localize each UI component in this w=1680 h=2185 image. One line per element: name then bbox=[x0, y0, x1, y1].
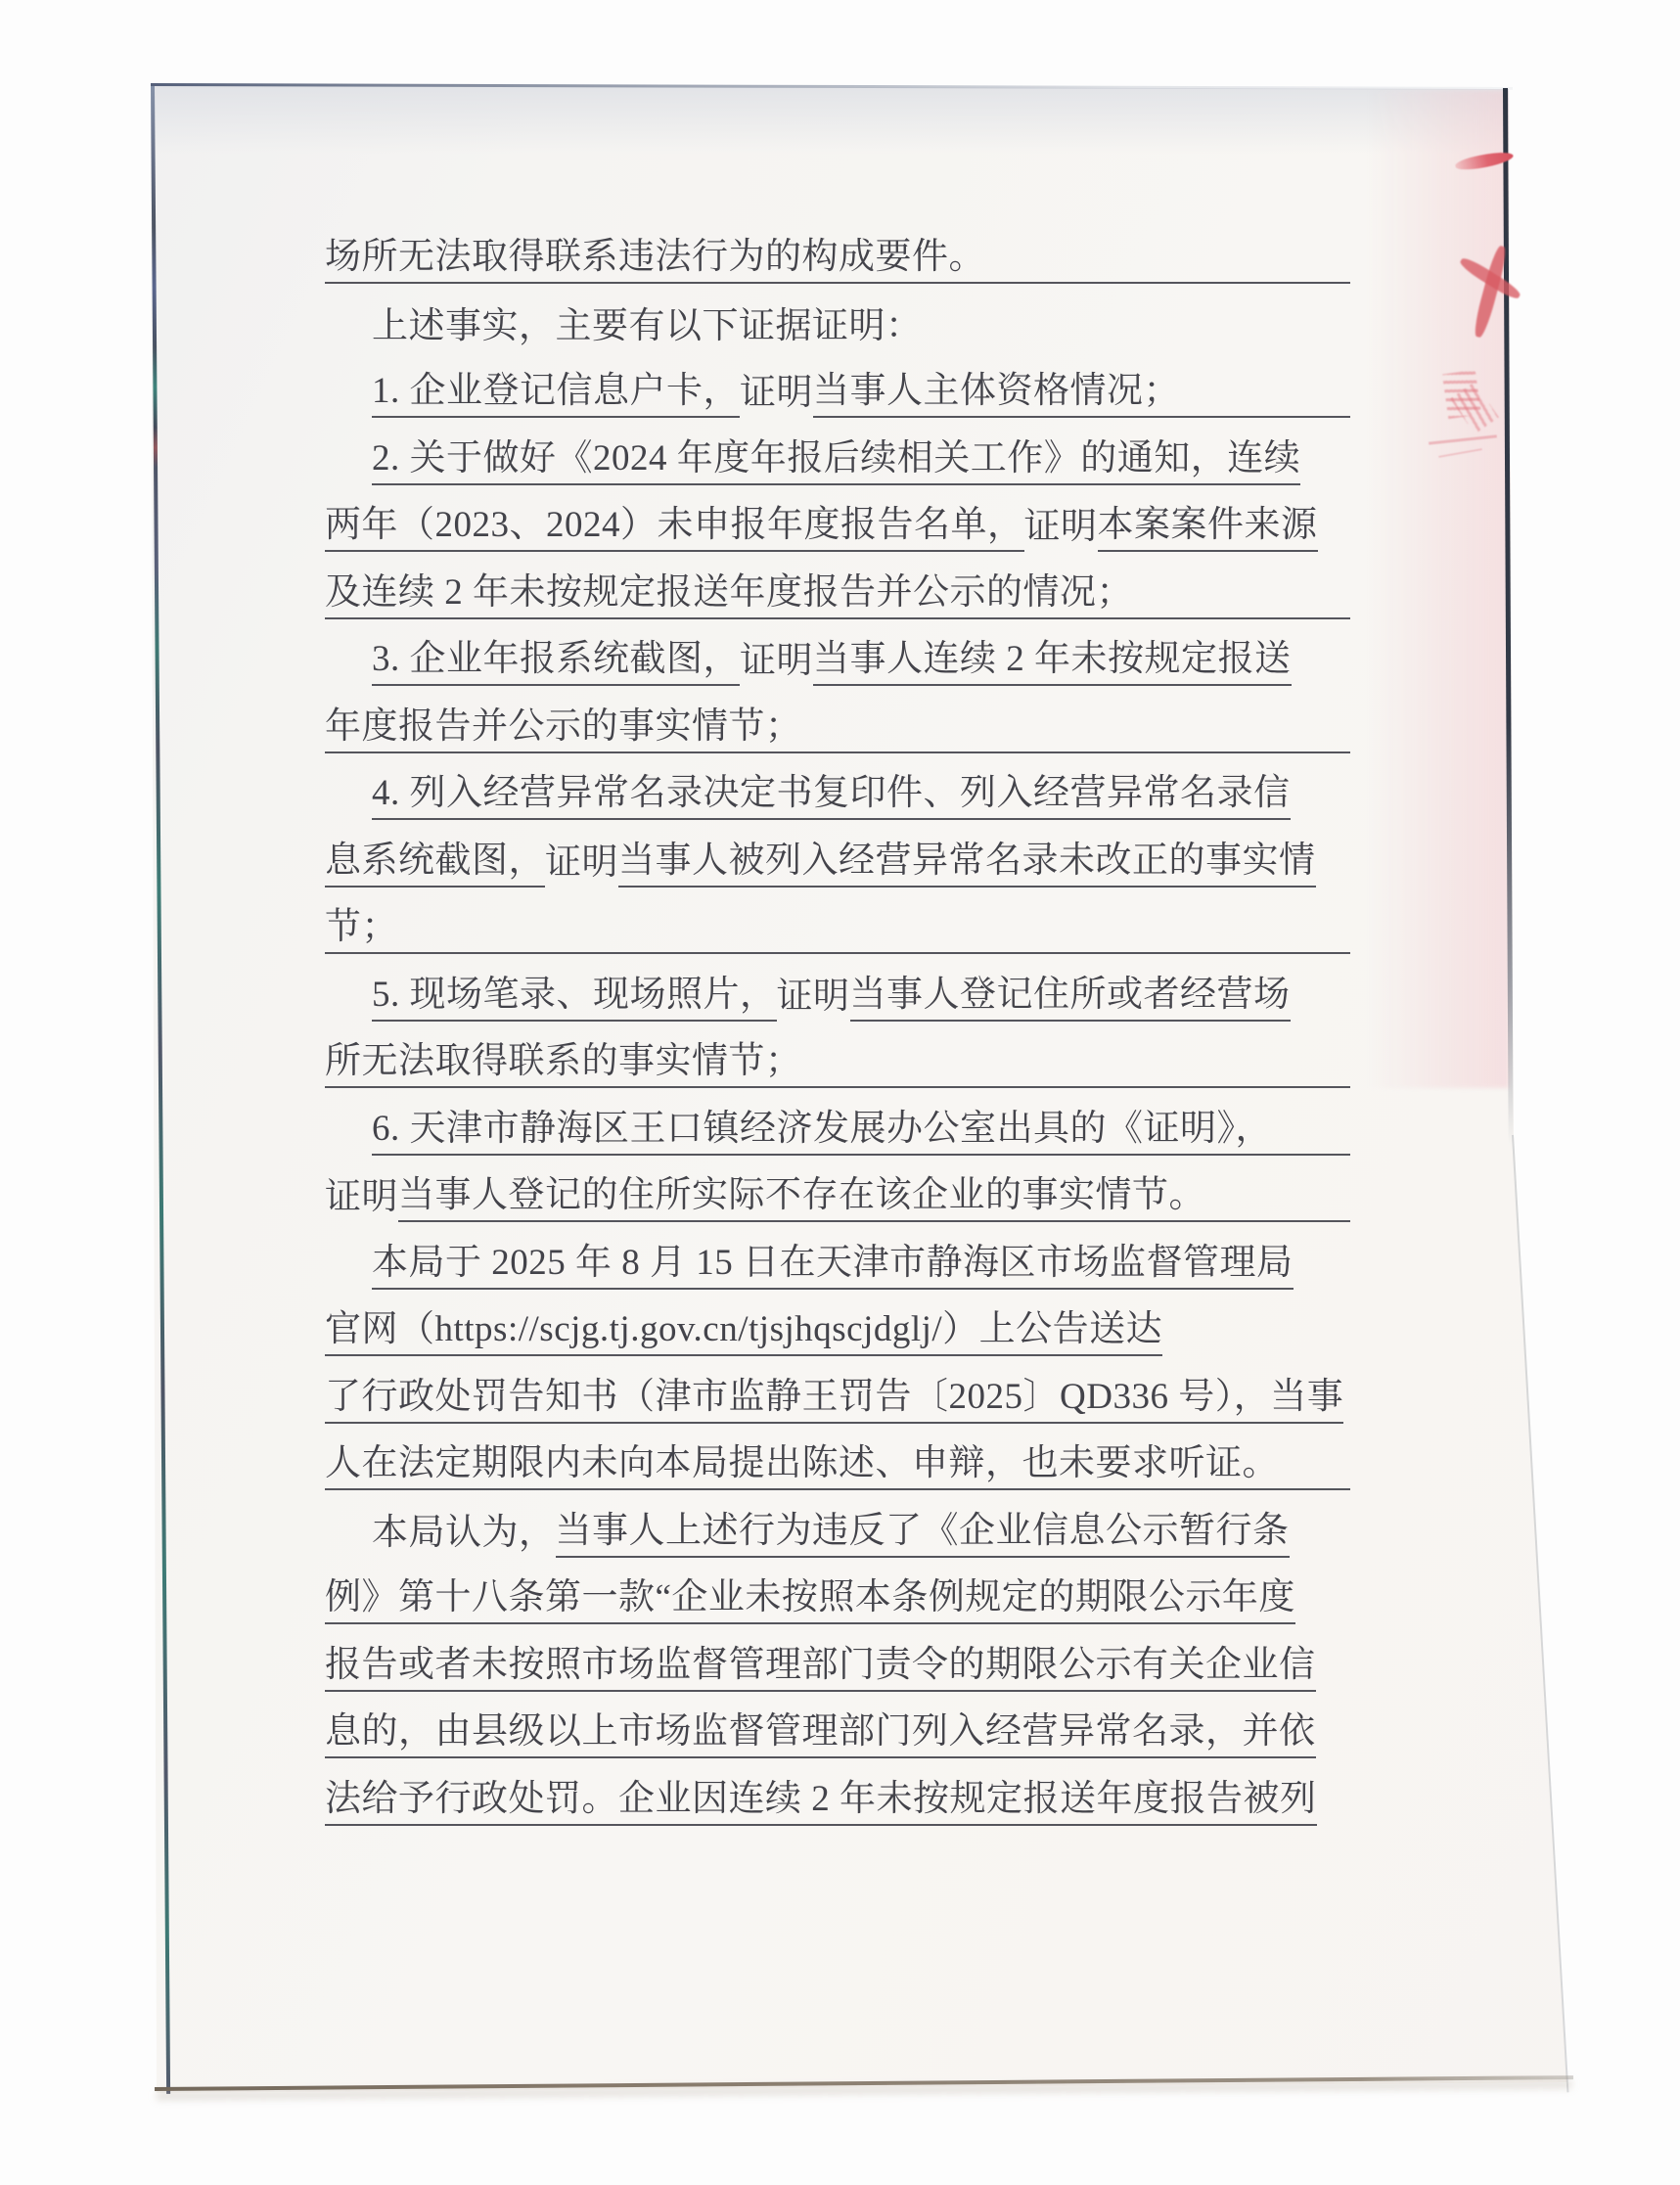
text-segment: 节； bbox=[325, 909, 398, 954]
text-segment: 及连续 2 年未按规定报送年度报告并公示的情况； bbox=[325, 574, 1133, 619]
text-segment: 4. 列入经营异常名录决定书复印件、列入经营异常名录信 bbox=[372, 775, 1291, 820]
text-segment: 年度报告并公示的事实情节； bbox=[325, 708, 802, 753]
text-segment: 当事人登记的住所实际不存在该企业的事实情节。 bbox=[398, 1177, 1205, 1222]
text-segment: 本局认为， bbox=[372, 1515, 556, 1558]
text-segment: 当事人连续 2 年未按规定报送 bbox=[813, 641, 1292, 686]
ruled-underline-trail bbox=[1272, 1144, 1350, 1156]
text-line: 了行政处罚告知书（津市监静王罚告〔2025〕QD336 号），当事 bbox=[325, 1367, 1350, 1424]
text-line: 息系统截图，证明当事人被列入经营异常名录未改正的事实情 bbox=[325, 831, 1350, 888]
text-segment: 场所无法取得联系违法行为的构成要件。 bbox=[325, 239, 985, 284]
text-line: 2. 关于做好《2024 年度年报后续相关工作》的通知，连续 bbox=[372, 429, 1350, 485]
text-segment: 当事人登记住所或者经营场 bbox=[850, 977, 1291, 1022]
text-line: 年度报告并公示的事实情节； bbox=[325, 697, 1350, 753]
text-segment: 1. 企业登记信息户卡， bbox=[372, 373, 740, 418]
page-top-shading bbox=[151, 85, 1511, 154]
ruled-underline-trail bbox=[1133, 608, 1350, 619]
text-segment: 法给予行政处罚。企业因连续 2 年未按规定报送年度报告被列 bbox=[325, 1781, 1317, 1826]
text-segment: 证明 bbox=[740, 375, 813, 418]
text-segment: 证明 bbox=[1024, 509, 1098, 552]
text-line: 节； bbox=[325, 897, 1350, 954]
text-segment: 官网（https://scjg.tj.gov.cn/tjsjhqscjdglj/… bbox=[325, 1311, 1162, 1356]
text-line: 本局于 2025 年 8 月 15 日在天津市静海区市场监督管理局 bbox=[372, 1233, 1350, 1290]
text-segment: 了行政处罚告知书（津市监静王罚告〔2025〕QD336 号），当事 bbox=[325, 1379, 1343, 1424]
text-segment: 证明 bbox=[545, 844, 618, 888]
text-line: 5. 现场笔录、现场照片，证明当事人登记住所或者经营场 bbox=[372, 965, 1350, 1022]
text-line: 官网（https://scjg.tj.gov.cn/tjsjhqscjdglj/… bbox=[325, 1299, 1350, 1356]
text-segment: 人在法定期限内未向本局提出陈述、申辩，也未要求听证。 bbox=[325, 1445, 1279, 1490]
text-line: 例》第十八条第一款“企业未按照本条例规定的期限公示年度 bbox=[325, 1568, 1350, 1624]
text-line: 两年（2023、2024）未申报年度报告名单，证明本案案件来源 bbox=[325, 495, 1350, 552]
ruled-underline-trail bbox=[398, 942, 1350, 954]
text-line: 4. 列入经营异常名录决定书复印件、列入经营异常名录信 bbox=[372, 763, 1350, 820]
text-segment: 息的，由县级以上市场监督管理部门列入经营异常名录，并依 bbox=[325, 1713, 1316, 1758]
text-line: 报告或者未按照市场监督管理部门责令的期限公示有关企业信 bbox=[325, 1635, 1350, 1692]
text-segment: 当事人主体资格情况； bbox=[813, 373, 1180, 418]
text-line: 3. 企业年报系统截图，证明当事人连续 2 年未按规定报送 bbox=[372, 629, 1350, 686]
text-segment: 3. 企业年报系统截图， bbox=[372, 641, 740, 686]
text-segment: 2. 关于做好《2024 年度年报后续相关工作》的通知，连续 bbox=[372, 440, 1300, 485]
text-line: 及连续 2 年未按规定报送年度报告并公示的情况； bbox=[325, 563, 1350, 619]
photo-background: 场所无法取得联系违法行为的构成要件。上述事实，主要有以下证据证明：1. 企业登记… bbox=[0, 0, 1680, 2185]
document-page: 场所无法取得联系违法行为的构成要件。上述事实，主要有以下证据证明：1. 企业登记… bbox=[0, 0, 1680, 2185]
text-line: 6. 天津市静海区王口镇经济发展办公室出具的《证明》， bbox=[372, 1099, 1350, 1156]
text-segment: 当事人被列入经营异常名录未改正的事实情 bbox=[618, 842, 1316, 888]
text-line: 上述事实，主要有以下证据证明： bbox=[372, 295, 1350, 351]
text-line: 法给予行政处罚。企业因连续 2 年未按规定报送年度报告被列 bbox=[325, 1769, 1350, 1826]
text-line: 场所无法取得联系违法行为的构成要件。 bbox=[325, 227, 1350, 284]
text-line: 证明当事人登记的住所实际不存在该企业的事实情节。 bbox=[325, 1165, 1350, 1222]
text-segment: 本局于 2025 年 8 月 15 日在天津市静海区市场监督管理局 bbox=[372, 1245, 1294, 1290]
text-segment: 报告或者未按照市场监督管理部门责令的期限公示有关企业信 bbox=[325, 1647, 1316, 1692]
text-segment: 当事人上述行为违反了《企业信息公示暂行条 bbox=[556, 1513, 1290, 1558]
text-segment: 两年（2023、2024）未申报年度报告名单， bbox=[325, 507, 1024, 552]
text-segment: 证明 bbox=[777, 979, 850, 1022]
text-segment: 6. 天津市静海区王口镇经济发展办公室出具的《证明》， bbox=[372, 1111, 1272, 1156]
text-segment: 上述事实，主要有以下证据证明： bbox=[372, 308, 923, 351]
text-line: 所无法取得联系的事实情节； bbox=[325, 1031, 1350, 1088]
text-line: 息的，由县级以上市场监督管理部门列入经营异常名录，并依 bbox=[325, 1702, 1350, 1758]
text-line: 人在法定期限内未向本局提出陈述、申辩，也未要求听证。 bbox=[325, 1434, 1350, 1490]
text-segment: 5. 现场笔录、现场照片， bbox=[372, 977, 777, 1022]
text-segment: 所无法取得联系的事实情节； bbox=[325, 1043, 802, 1088]
page-right-tint bbox=[1368, 90, 1509, 1088]
ruled-underline-trail bbox=[802, 1076, 1351, 1088]
ruled-underline-trail bbox=[985, 272, 1350, 284]
text-segment: 例》第十八条第一款“企业未按照本条例规定的期限公示年度 bbox=[325, 1579, 1295, 1624]
text-segment: 证明 bbox=[740, 643, 813, 686]
ruled-underline-trail bbox=[1205, 1210, 1350, 1222]
text-line: 1. 企业登记信息户卡，证明当事人主体资格情况； bbox=[372, 361, 1350, 418]
text-segment: 本案案件来源 bbox=[1098, 507, 1318, 552]
ruled-underline-trail bbox=[1180, 406, 1350, 418]
text-segment: 息系统截图， bbox=[325, 842, 545, 888]
ruled-underline-trail bbox=[1279, 1479, 1350, 1490]
text-line: 本局认为，当事人上述行为违反了《企业信息公示暂行条 bbox=[372, 1501, 1350, 1558]
text-segment: 证明 bbox=[325, 1179, 398, 1222]
ruled-underline-trail bbox=[802, 742, 1351, 753]
